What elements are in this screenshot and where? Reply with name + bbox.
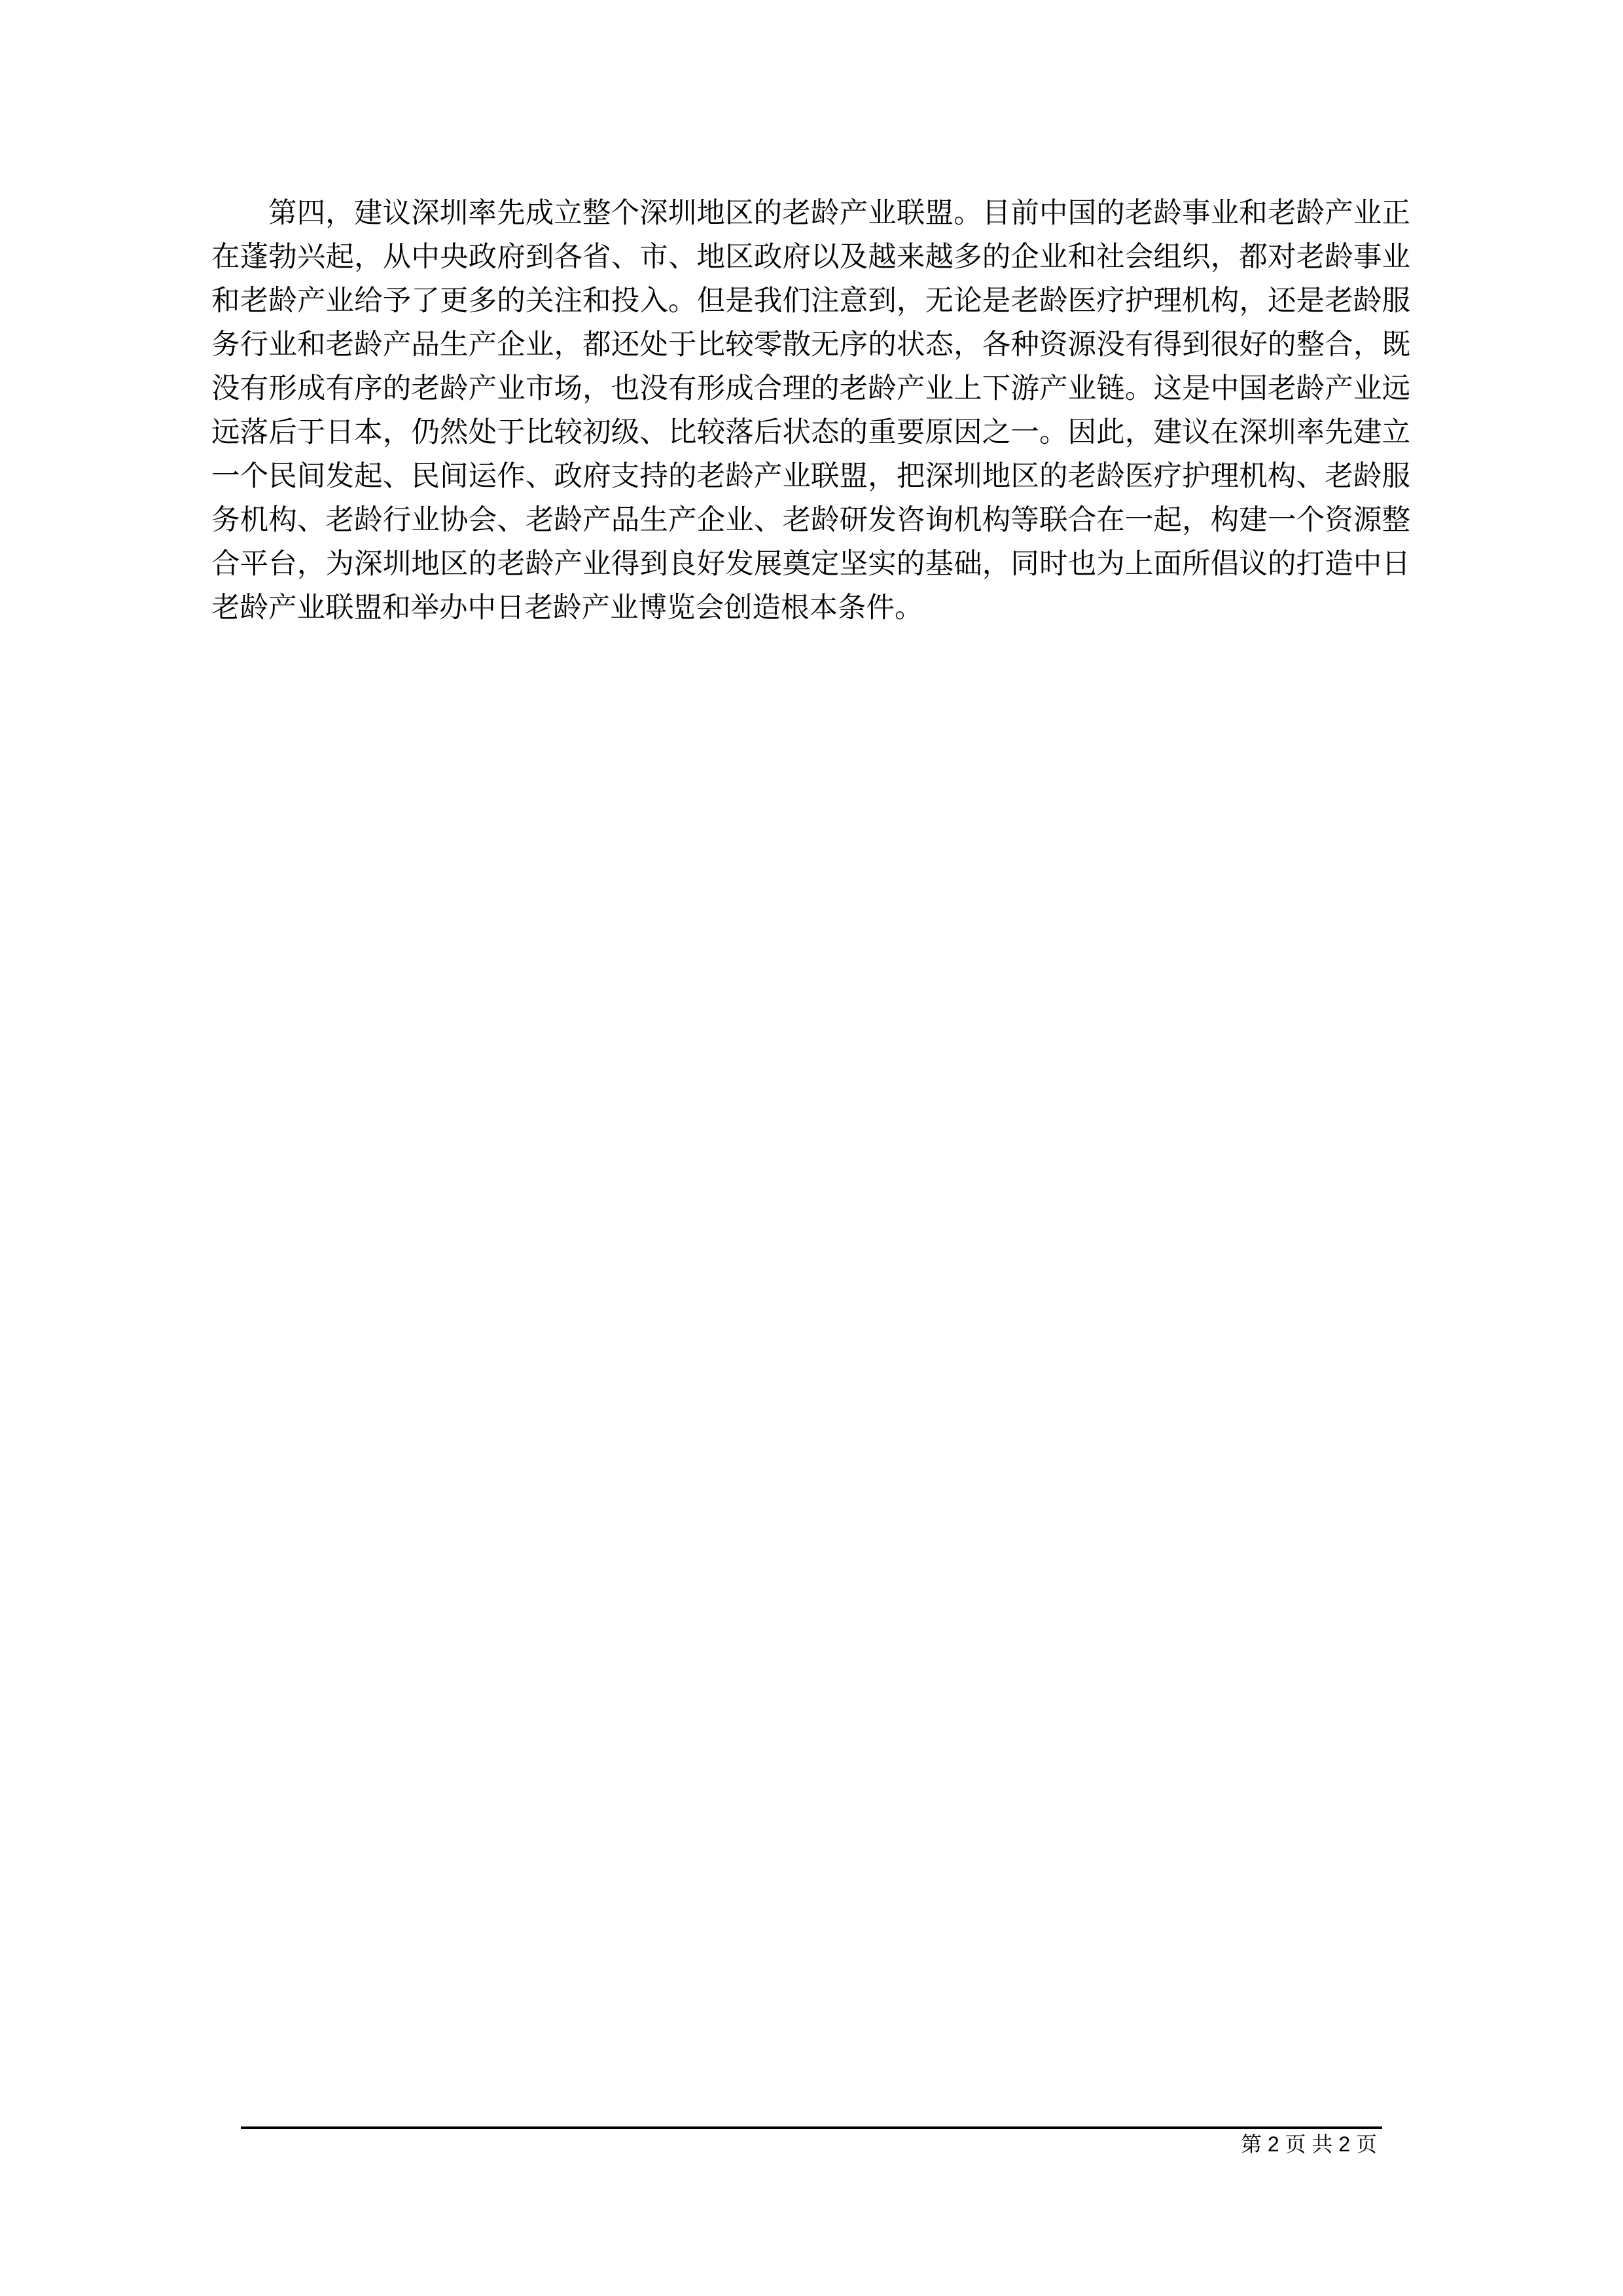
text-line: 老龄产业联盟和举办中日老龄产业博览会创造根本条件。 xyxy=(211,586,1410,630)
text-line: 第四，建议深圳率先成立整个深圳地区的老龄产业联盟。目前中国的老龄事业和老龄产业正 xyxy=(211,192,1410,236)
text-line: 务机构、老龄行业协会、老龄产品生产企业、老龄研发咨询机构等联合在一起，构建一个资… xyxy=(211,499,1410,543)
text-line: 一个民间发起、民间运作、政府支持的老龄产业联盟，把深圳地区的老龄医疗护理机构、老… xyxy=(211,455,1410,499)
text-line: 远落后于日本，仍然处于比较初级、比较落后状态的重要原因之一。因此，建议在深圳率先… xyxy=(211,411,1410,455)
text-line: 合平台，为深圳地区的老龄产业得到良好发展奠定坚实的基础，同时也为上面所倡议的打造… xyxy=(211,543,1410,586)
text-line: 务行业和老龄产品生产企业，都还处于比较零散无序的状态，各种资源没有得到很好的整合… xyxy=(211,323,1410,367)
text-line: 没有形成有序的老龄产业市场，也没有形成合理的老龄产业上下游产业链。这是中国老龄产… xyxy=(211,367,1410,411)
text-line: 和老龄产业给予了更多的关注和投入。但是我们注意到，无论是老龄医疗护理机构，还是老… xyxy=(211,279,1410,323)
text-line: 在蓬勃兴起，从中央政府到各省、市、地区政府以及越来越多的企业和社会组织，都对老龄… xyxy=(211,236,1410,279)
footer-divider xyxy=(241,2126,1382,2129)
page-number-footer: 第 2 页 共 2 页 xyxy=(241,2131,1382,2157)
body-paragraph: 第四，建议深圳率先成立整个深圳地区的老龄产业联盟。目前中国的老龄事业和老龄产业正… xyxy=(211,192,1410,630)
document-page: 第四，建议深圳率先成立整个深圳地区的老龄产业联盟。目前中国的老龄事业和老龄产业正… xyxy=(0,0,1623,2296)
